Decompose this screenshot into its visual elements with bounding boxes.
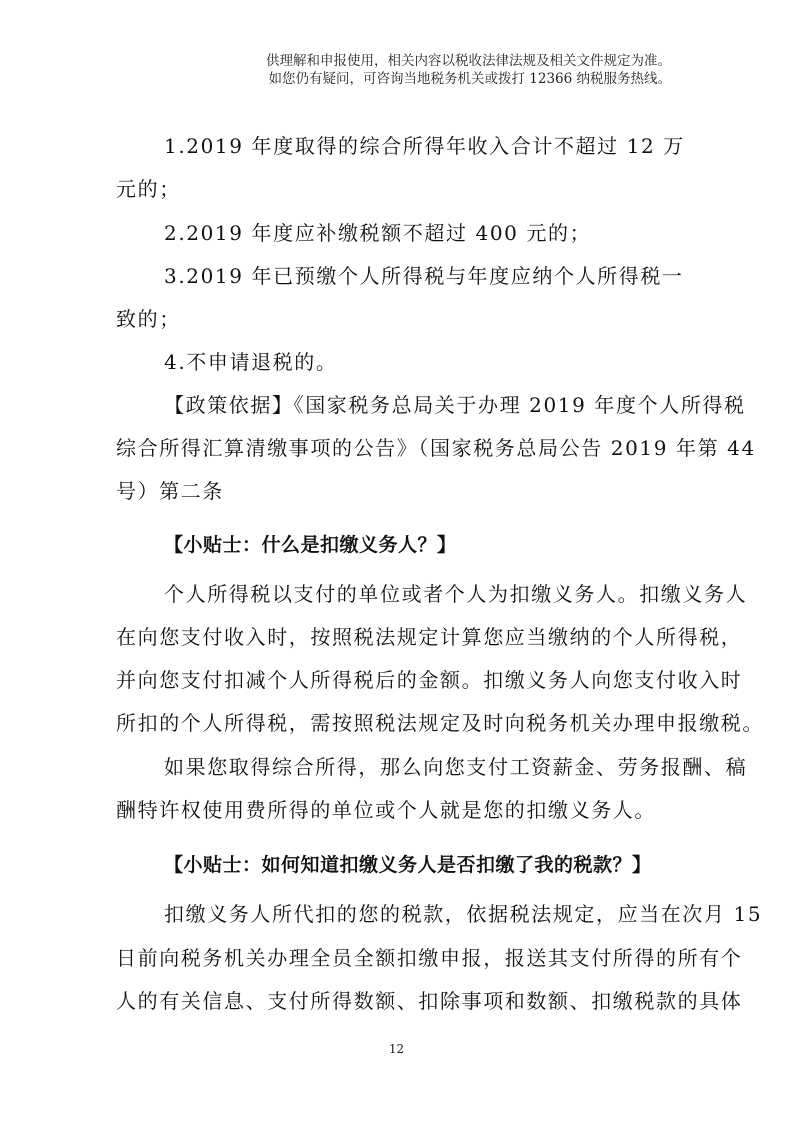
- page-number: 12: [0, 1042, 793, 1056]
- tip-2-heading: 【小贴士：如何知道扣缴义务人是否扣缴了我的税款？】: [164, 850, 652, 877]
- tip-2-paragraph-1-line-3: 人的有关信息、支付所得数额、扣除事项和数额、扣缴税款的具体: [116, 985, 742, 1014]
- condition-item-2: 2.2019 年度应补缴税额不超过 400 元的；: [164, 217, 591, 246]
- policy-basis-line-3: 号）第二条: [116, 475, 224, 504]
- condition-item-3-line-1: 3.2019 年已预缴个人所得税与年度应纳个人所得税一: [164, 260, 684, 289]
- tip-1-paragraph-1-line-4: 所扣的个人所得税，需按照税法规定及时向税务机关办理申报缴税。: [116, 707, 764, 736]
- tip-1-paragraph-2-line-1: 如果您取得综合所得，那么向您支付工资薪金、劳务报酬、稿: [164, 751, 747, 780]
- header-note-line-1: 供理解和申报使用，相关内容以税收法律法规及相关文件规定为准。: [266, 52, 671, 70]
- policy-basis-line-1: 【政策依据】《国家税务总局关于办理 2019 年度个人所得税: [164, 389, 746, 418]
- tip-1-paragraph-2-line-2: 酬特许权使用费所得的单位或个人就是您的扣缴义务人。: [116, 794, 656, 823]
- condition-item-3-line-2: 致的；: [116, 303, 181, 332]
- tip-1-paragraph-1-line-3: 并向您支付扣减个人所得税后的金额。扣缴义务人向您支付收入时: [116, 664, 742, 693]
- document-page: 供理解和申报使用，相关内容以税收法律法规及相关文件规定为准。 如您仍有疑问，可咨…: [0, 0, 793, 1122]
- tip-1-paragraph-1-line-1: 个人所得税以支付的单位或者个人为扣缴义务人。扣缴义务人: [164, 578, 747, 607]
- condition-item-1-line-1: 1.2019 年度取得的综合所得年收入合计不超过 12 万: [164, 130, 685, 159]
- header-note-line-2: 如您仍有疑问，可咨询当地税务机关或拨打 12366 纳税服务热线。: [266, 70, 671, 88]
- condition-item-4: 4.不申请退税的。: [164, 346, 337, 375]
- condition-item-1-line-2: 元的；: [116, 173, 181, 202]
- tip-2-paragraph-1-line-2: 日前向税务机关办理全员全额扣缴申报，报送其支付所得的所有个: [116, 942, 742, 971]
- tip-2-paragraph-1-line-1: 扣缴义务人所代扣的您的税款，依据税法规定，应当在次月 15: [164, 898, 762, 927]
- tip-1-paragraph-1-line-2: 在向您支付收入时，按照税法规定计算您应当缴纳的个人所得税，: [116, 621, 742, 650]
- header-note: 供理解和申报使用，相关内容以税收法律法规及相关文件规定为准。 如您仍有疑问，可咨…: [266, 52, 671, 88]
- policy-basis-line-2: 综合所得汇算清缴事项的公告》（国家税务总局公告 2019 年第 44: [116, 432, 756, 461]
- tip-1-heading: 【小贴士：什么是扣缴义务人？】: [164, 530, 457, 557]
